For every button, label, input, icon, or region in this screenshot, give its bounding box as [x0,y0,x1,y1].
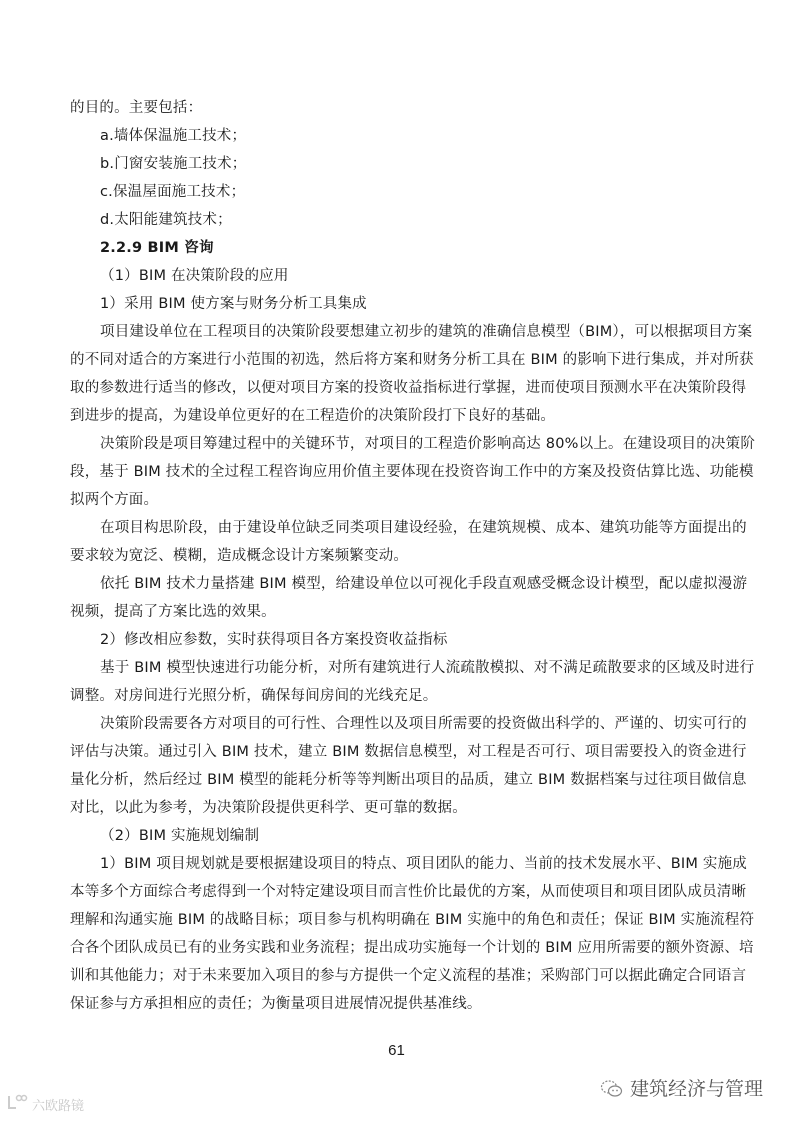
text-line: 1）采用 BIM 使方案与财务分析工具集成 [100,294,367,314]
document-page: 的目的。主要包括：a.墙体保温施工技术；b.门窗安装施工技术；c.保温屋面施工技… [0,0,793,1122]
text-line: 拟两个方面。 [70,490,158,510]
text-line: 合各个团队成员已有的业务实践和业务流程；提出成功实施每一个计划的 BIM 应用所… [70,938,754,958]
text-line: 在项目构思阶段，由于建设单位缺乏同类项目建设经验，在建筑规模、成本、建筑功能等方… [100,518,747,538]
text-line: 决策阶段是项目筹建过程中的关键环节，对项目的工程造价影响高达 80%以上。在建设… [100,434,755,454]
text-line: （2）BIM 实施规划编制 [100,826,259,846]
text-line: 本等多个方面综合考虑得到一个对特定建设项目而言性价比最优的方案，从而使项目和项目… [70,882,746,902]
text-line: 训和其他能力；对于未来要加入项目的参与方提供一个定义流程的基准；采购部门可以据此… [70,966,746,986]
text-line: 依托 BIM 技术力量搭建 BIM 模型，给建设单位以可视化手段直观感受概念设计… [100,574,747,594]
text-line: 取的参数进行适当的修改，以便对项目方案的投资收益指标进行掌握，进而使项目预测水平… [70,378,746,398]
text-line: 视频，提高了方案比选的效果。 [70,602,276,622]
logo-icon [6,1094,28,1114]
text-line: 基于 BIM 模型快速进行功能分析，对所有建筑进行人流疏散模拟、对不满足疏散要求… [100,658,754,678]
text-line: 的目的。主要包括： [70,98,202,118]
text-line: c.保温屋面施工技术； [100,182,245,202]
text-line: 2）修改相应参数，实时获得项目各方案投资收益指标 [100,630,448,650]
watermark-left: 六欧路镜 [6,1094,84,1114]
text-line: 量化分析，然后经过 BIM 模型的能耗分析等等判断出项目的品质，建立 BIM 数… [70,770,747,790]
watermark-right: 建筑经济与管理 [600,1074,763,1101]
page-number: 61 [0,1042,793,1059]
text-line: 决策阶段需要各方对项目的可行性、合理性以及项目所需要的投资做出科学的、严谨的、切… [100,714,747,734]
watermark-right-text: 建筑经济与管理 [630,1074,763,1101]
section-heading: 2.2.9 BIM 咨询 [100,238,214,258]
wechat-icon [600,1079,622,1097]
text-line: 对比，以此为参考，为决策阶段提供更科学、更可靠的数据。 [70,798,467,818]
text-line: 调整。对房间进行光照分析，确保每间房间的光线充足。 [70,686,438,706]
text-line: （1）BIM 在决策阶段的应用 [100,266,289,286]
text-line: 的不同对适合的方案进行小范围的初选，然后将方案和财务分析工具在 BIM 的影响下… [70,350,754,370]
text-line: a.墙体保温施工技术； [100,126,246,146]
watermark-left-text: 六欧路镜 [32,1095,84,1114]
text-line: 理解和沟通实施 BIM 的战略目标；项目参与机构明确在 BIM 实施中的角色和责… [70,910,754,930]
text-line: 评估与决策。通过引入 BIM 技术，建立 BIM 数据信息模型，对工程是否可行、… [70,742,747,762]
text-line: 要求较为宽泛、模糊，造成概念设计方案频繁变动。 [70,546,408,566]
text-line: 项目建设单位在工程项目的决策阶段要想建立初步的建筑的准确信息模型（BIM），可以… [100,322,752,342]
text-line: 段，基于 BIM 技术的全过程工程咨询应用价值主要体现在投资咨询工作中的方案及投… [70,462,754,482]
text-line: 1）BIM 项目规划就是要根据建设项目的特点、项目团队的能力、当前的技术发展水平… [100,854,747,874]
text-line: d.太阳能建筑技术； [100,210,232,230]
text-line: 保证参与方承担相应的责任；为衡量项目进展情况提供基准线。 [70,994,482,1014]
text-line: b.门窗安装施工技术； [100,154,247,174]
text-line: 到进步的提高，为建设单位更好的在工程造价的决策阶段打下良好的基础。 [70,406,555,426]
